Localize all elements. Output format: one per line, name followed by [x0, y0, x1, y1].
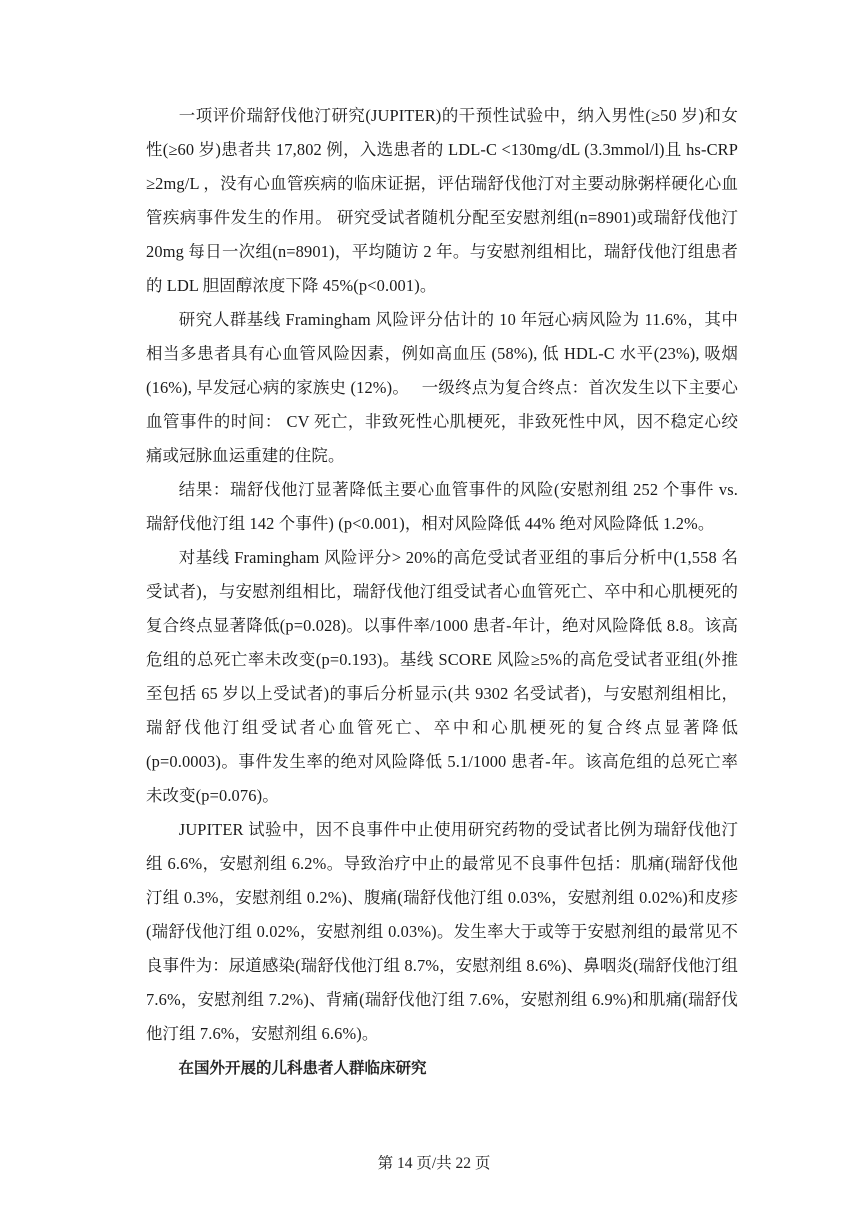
paragraph-adverse-events: JUPITER 试验中，因不良事件中止使用研究药物的受试者比例为瑞舒伐他汀组 6… — [146, 813, 738, 1051]
paragraph-subgroup-analysis: 对基线 Framingham 风险评分> 20%的高危受试者亚组的事后分析中(1… — [146, 541, 738, 813]
document-page: 一项评价瑞舒伐他汀研究(JUPITER)的干预性试验中，纳入男性(≥50 岁)和… — [146, 99, 738, 1085]
paragraph-baseline-risk: 研究人群基线 Framingham 风险评分估计的 10 年冠心病风险为 11.… — [146, 303, 738, 473]
paragraph-jupiter-intro: 一项评价瑞舒伐他汀研究(JUPITER)的干预性试验中，纳入男性(≥50 岁)和… — [146, 99, 738, 303]
paragraph-results: 结果：瑞舒伐他汀显著降低主要心血管事件的风险(安慰剂组 252 个事件 vs. … — [146, 473, 738, 541]
page-footer: 第 14 页/共 22 页 — [0, 1151, 868, 1173]
section-heading-pediatric: 在国外开展的儿科患者人群临床研究 — [146, 1051, 738, 1085]
